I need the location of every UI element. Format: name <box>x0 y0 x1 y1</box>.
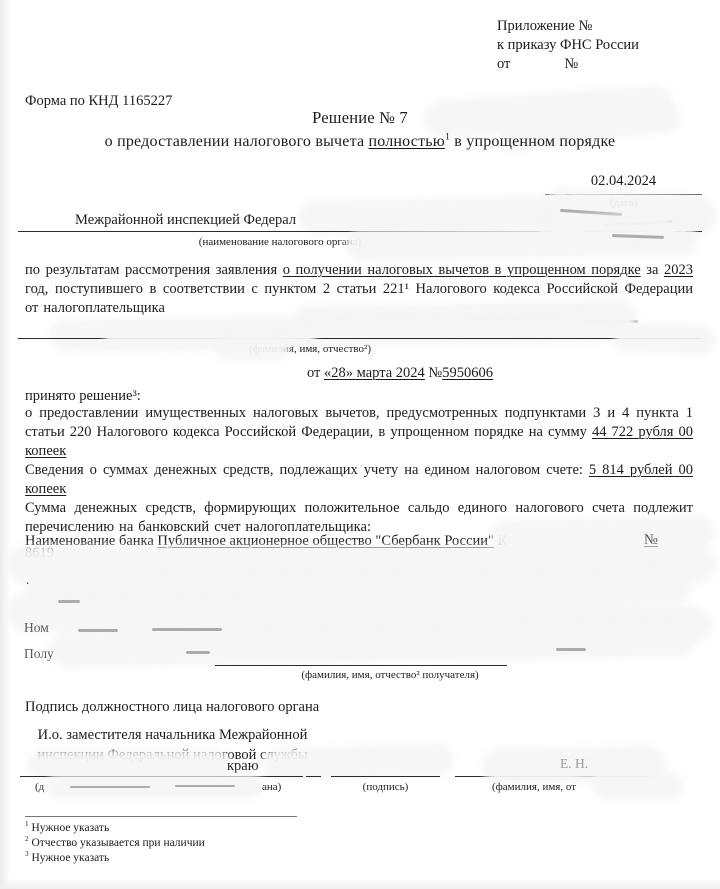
appendix-line3: от№ <box>497 55 639 74</box>
redaction-smudge <box>556 648 586 651</box>
footnote-1-marker: 1 <box>25 820 29 828</box>
footnote-3: 3 Нужное указать <box>25 851 109 866</box>
decision-ref-mid: № <box>425 365 442 381</box>
redacted-fragment-region: краю <box>227 757 259 776</box>
redaction-blob <box>55 626 690 661</box>
redaction-smudge <box>70 786 150 788</box>
footnote-3-text: Нужное указать <box>31 852 109 864</box>
appendix-block: Приложение № к приказу ФНС России от№ <box>497 17 639 74</box>
official-initials-fragment: Е. Н. <box>560 756 588 772</box>
document-subtitle: о предоставлении налогового вычета полно… <box>0 131 720 153</box>
decision-ref-number: 5950606 <box>442 365 493 381</box>
official-position-line1: И.о. заместителя начальника Межрайонной <box>30 725 315 745</box>
authority-name: Межрайонной инспекцией Федерал <box>75 211 296 230</box>
signature-line-sign <box>331 776 440 777</box>
sign-caption: (подпись) <box>331 781 440 794</box>
signature-line-dash <box>306 776 321 777</box>
signature-heading: Подпись должностного лица налогового орг… <box>25 698 319 717</box>
ens-pre: Сведения о суммах денежных средств, подл… <box>25 462 589 478</box>
application-pre: по результатам рассмотрения заявления <box>25 262 283 278</box>
recipient-underline <box>215 665 507 666</box>
footnote-3-marker: 3 <box>25 850 29 858</box>
redacted-fragment-recipient-label: Полу <box>24 646 54 661</box>
application-underlined-year: 2023 <box>664 262 693 278</box>
subtitle-underlined: полностью <box>368 133 444 150</box>
redaction-smudge <box>152 628 222 631</box>
bank-number-fragment: № <box>644 531 658 550</box>
title-text: Решение № 7 <box>312 108 408 127</box>
decision-ref-date: «28» марта 2024 <box>324 365 425 381</box>
footnote-1: 1 Нужное указать <box>25 821 109 836</box>
appendix-line2: к приказу ФНС России <box>497 36 639 55</box>
position-caption-start: (д <box>35 781 44 794</box>
footnote-2: 2 Отчество указывается при наличии <box>25 836 205 851</box>
bank-name: Публичное акционерное общество "Сбербанк… <box>157 533 494 549</box>
footnote-2-text: Отчество указывается при наличии <box>31 837 204 849</box>
redaction-blob <box>620 328 711 348</box>
redaction-blob <box>497 522 709 547</box>
footnote-rule <box>25 816 297 817</box>
redaction-blob <box>598 778 678 793</box>
scan-edge-bottom <box>0 878 720 889</box>
name-caption: (фамилия, имя, от <box>492 781 576 794</box>
decision-ref-pre: от <box>307 365 324 381</box>
ens-paragraph: Сведения о суммах денежных средств, подл… <box>25 461 693 499</box>
taxpayer-fio-caption: (фамилия, имя, отчество²) <box>160 343 460 356</box>
redacted-fragment-account-label: Ном <box>24 620 49 635</box>
footnote-1-text: Нужное указать <box>31 822 109 834</box>
subtitle-pre: о предоставлении налогового вычета <box>105 133 369 150</box>
redaction-blob <box>33 756 225 773</box>
application-underlined-claim: о получении налоговых вычетов в упрощенн… <box>283 262 641 278</box>
redaction-smudge <box>186 651 210 654</box>
appendix-number-label: № <box>564 56 578 72</box>
decision-reference: от «28» марта 2024 №5950606 <box>80 364 720 383</box>
document-page: Приложение № к приказу ФНС России от№ Фо… <box>0 0 720 889</box>
footnote-2-marker: 2 <box>25 835 29 843</box>
subtitle-post: в упрощенном порядке <box>450 133 615 150</box>
deduction-paragraph: о предоставлении имущественных налоговых… <box>25 404 693 461</box>
redaction-blob <box>305 202 570 229</box>
position-caption-end: ана) <box>262 781 281 794</box>
recipient-caption: (фамилия, имя, отчество² получателя) <box>230 669 550 682</box>
redaction-smudge <box>58 600 80 603</box>
redacted-fragment-dot: . <box>26 572 29 587</box>
date-value: 02.04.2024 <box>545 172 702 195</box>
redaction-blob <box>222 341 284 355</box>
appendix-line1: Приложение № <box>497 17 639 36</box>
signature-line-position <box>20 776 303 777</box>
appendix-from-label: от <box>497 56 510 72</box>
application-mid: за <box>641 262 664 278</box>
redaction-smudge <box>175 785 235 787</box>
redaction-smudge <box>78 629 118 632</box>
